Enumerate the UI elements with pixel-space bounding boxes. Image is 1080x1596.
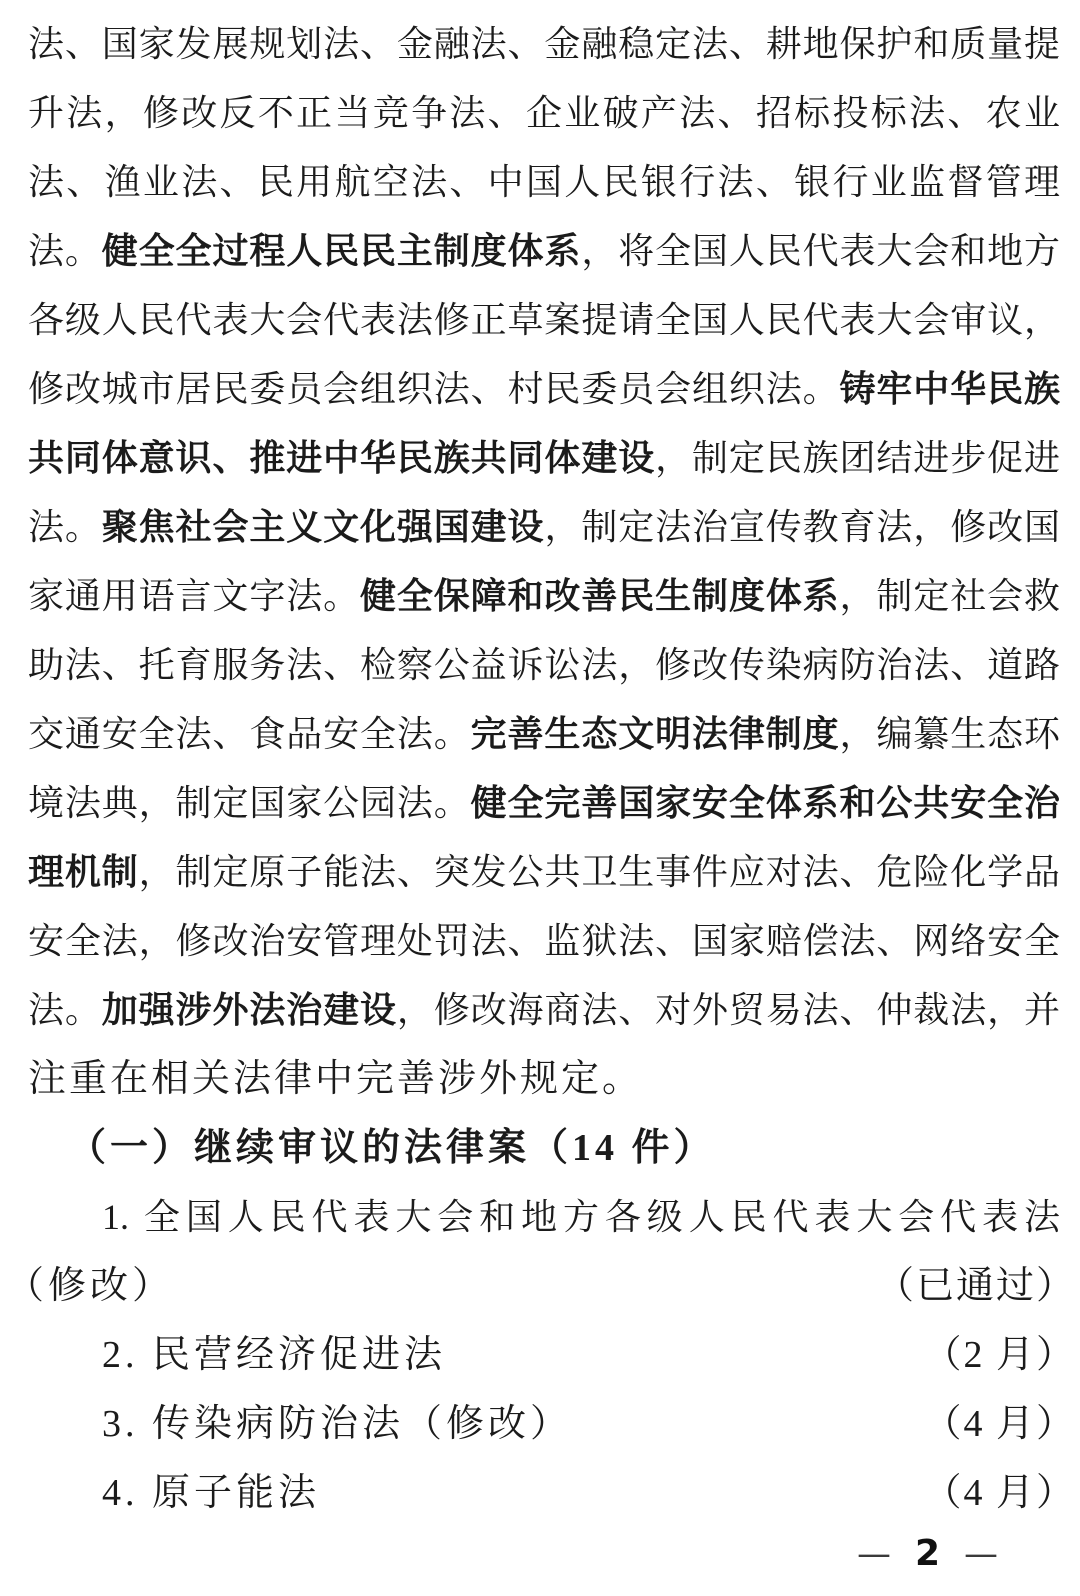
body-line: 注重在相关法律中完善涉外规定。 <box>28 1045 1060 1114</box>
body-text-bold: 加强涉外法治建设 <box>102 990 397 1030</box>
list-item-2: 2. 民营经济促进法 （2 月） <box>28 1321 1060 1390</box>
body-text-bold: 铸牢中华民族 <box>840 369 1060 409</box>
body-text: 法。 <box>28 231 102 271</box>
body-text: ，制定法治宣传教育法，修改国 <box>544 507 1060 547</box>
body-text: 法。 <box>28 507 102 547</box>
body-text-bold: 聚焦社会主义文化强国建设 <box>102 507 545 547</box>
body-line: 法。加强涉外法治建设，修改海商法、对外贸易法、仲裁法，并 <box>28 976 1060 1045</box>
item-schedule: （4 月） <box>923 1390 1076 1459</box>
body-line: 修改城市居民委员会组织法、村民委员会组织法。铸牢中华民族 <box>28 355 1060 424</box>
body-text: ，制定民族团结进步促进 <box>655 438 1060 478</box>
body-text: 交通安全法、食品安全法。 <box>28 714 471 754</box>
body-text: 各级人民代表大会代表法修正草案提请全国人民代表大会审议， <box>28 300 1060 340</box>
body-text: 升法，修改反不正当竞争法、企业破产法、招标投标法、农业 <box>28 93 1060 133</box>
item-schedule: （4 月） <box>923 1459 1076 1528</box>
footer-left-dash: — <box>857 1537 891 1571</box>
body-line: 法、国家发展规划法、金融法、金融稳定法、耕地保护和质量提 <box>28 10 1060 79</box>
body-text: 家通用语言文字法。 <box>28 576 360 616</box>
body-text-bold: 健全全过程人民民主制度体系 <box>102 231 582 271</box>
body-text-bold: 完善生态文明法律制度 <box>471 714 840 754</box>
body-line: 家通用语言文字法。健全保障和改善民生制度体系，制定社会救 <box>28 562 1060 631</box>
body-text: 法。 <box>28 990 102 1030</box>
page-footer: — 2 — <box>28 1532 1060 1576</box>
item-schedule: （已通过） <box>876 1252 1076 1321</box>
body-text: 助法、托育服务法、检察公益诉讼法，修改传染病防治法、道路 <box>28 645 1060 685</box>
body-line: 安全法，修改治安管理处罚法、监狱法、国家赔偿法、网络安全 <box>28 907 1060 976</box>
body-text: ，制定社会救 <box>840 576 1060 616</box>
body-text: 安全法，修改治安管理处罚法、监狱法、国家赔偿法、网络安全 <box>28 921 1060 961</box>
body-text: ，修改海商法、对外贸易法、仲裁法，并 <box>397 990 1060 1030</box>
section-heading: （一）继续审议的法律案（14 件） <box>28 1114 1060 1183</box>
item-title: 2. 民营经济促进法 <box>28 1321 446 1390</box>
body-text: ，制定原子能法、突发公共卫生事件应对法、危险化学品 <box>139 852 1060 892</box>
item-amendment-note: （修改） <box>6 1252 174 1321</box>
body-text-bold: 健全保障和改善民生制度体系 <box>360 576 840 616</box>
body-text: 注重在相关法律中完善涉外规定。 <box>28 1058 643 1100</box>
document-page: 法、国家发展规划法、金融法、金融稳定法、耕地保护和质量提 升法，修改反不正当竞争… <box>0 0 1080 1596</box>
body-line: 各级人民代表大会代表法修正草案提请全国人民代表大会审议， <box>28 286 1060 355</box>
item-title: 3. 传染病防治法（修改） <box>28 1390 572 1459</box>
body-line: 助法、托育服务法、检察公益诉讼法，修改传染病防治法、道路 <box>28 631 1060 700</box>
body-text: 法、国家发展规划法、金融法、金融稳定法、耕地保护和质量提 <box>28 24 1060 64</box>
body-line: 升法，修改反不正当竞争法、企业破产法、招标投标法、农业 <box>28 79 1060 148</box>
body-line: 法。健全全过程人民民主制度体系，将全国人民代表大会和地方 <box>28 217 1060 286</box>
body-line: 法、渔业法、民用航空法、中国人民银行法、银行业监督管理 <box>28 148 1060 217</box>
body-line: 境法典，制定国家公园法。健全完善国家安全体系和公共安全治 <box>28 769 1060 838</box>
body-line: 法。聚焦社会主义文化强国建设，制定法治宣传教育法，修改国 <box>28 493 1060 562</box>
body-text: ，编纂生态环 <box>840 714 1060 754</box>
list-item-1-title: 1. 全国人民代表大会和地方各级人民代表大会代表法 <box>28 1183 1060 1252</box>
body-text: 修改城市居民委员会组织法、村民委员会组织法。 <box>28 369 840 409</box>
item-title: 4. 原子能法 <box>28 1459 320 1528</box>
list-item-4: 4. 原子能法 （4 月） <box>28 1459 1060 1528</box>
body-line: 共同体意识、推进中华民族共同体建设，制定民族团结进步促进 <box>28 424 1060 493</box>
body-text-bold: 理机制 <box>28 852 139 892</box>
body-text: 境法典，制定国家公园法。 <box>28 783 471 823</box>
item-schedule: （2 月） <box>923 1321 1076 1390</box>
page-number: 2 <box>915 1536 940 1572</box>
body-text-bold: 健全完善国家安全体系和公共安全治 <box>471 783 1060 823</box>
body-line: 理机制，制定原子能法、突发公共卫生事件应对法、危险化学品 <box>28 838 1060 907</box>
body-text: 法、渔业法、民用航空法、中国人民银行法、银行业监督管理 <box>28 162 1060 202</box>
body-text: ，将全国人民代表大会和地方 <box>581 231 1060 271</box>
list-item-3: 3. 传染病防治法（修改） （4 月） <box>28 1390 1060 1459</box>
list-item-1-detail: （修改） （已通过） <box>28 1252 1060 1321</box>
footer-right-dash: — <box>964 1537 998 1571</box>
body-text-bold: 共同体意识、推进中华民族共同体建设 <box>28 438 655 478</box>
body-line: 交通安全法、食品安全法。完善生态文明法律制度，编纂生态环 <box>28 700 1060 769</box>
